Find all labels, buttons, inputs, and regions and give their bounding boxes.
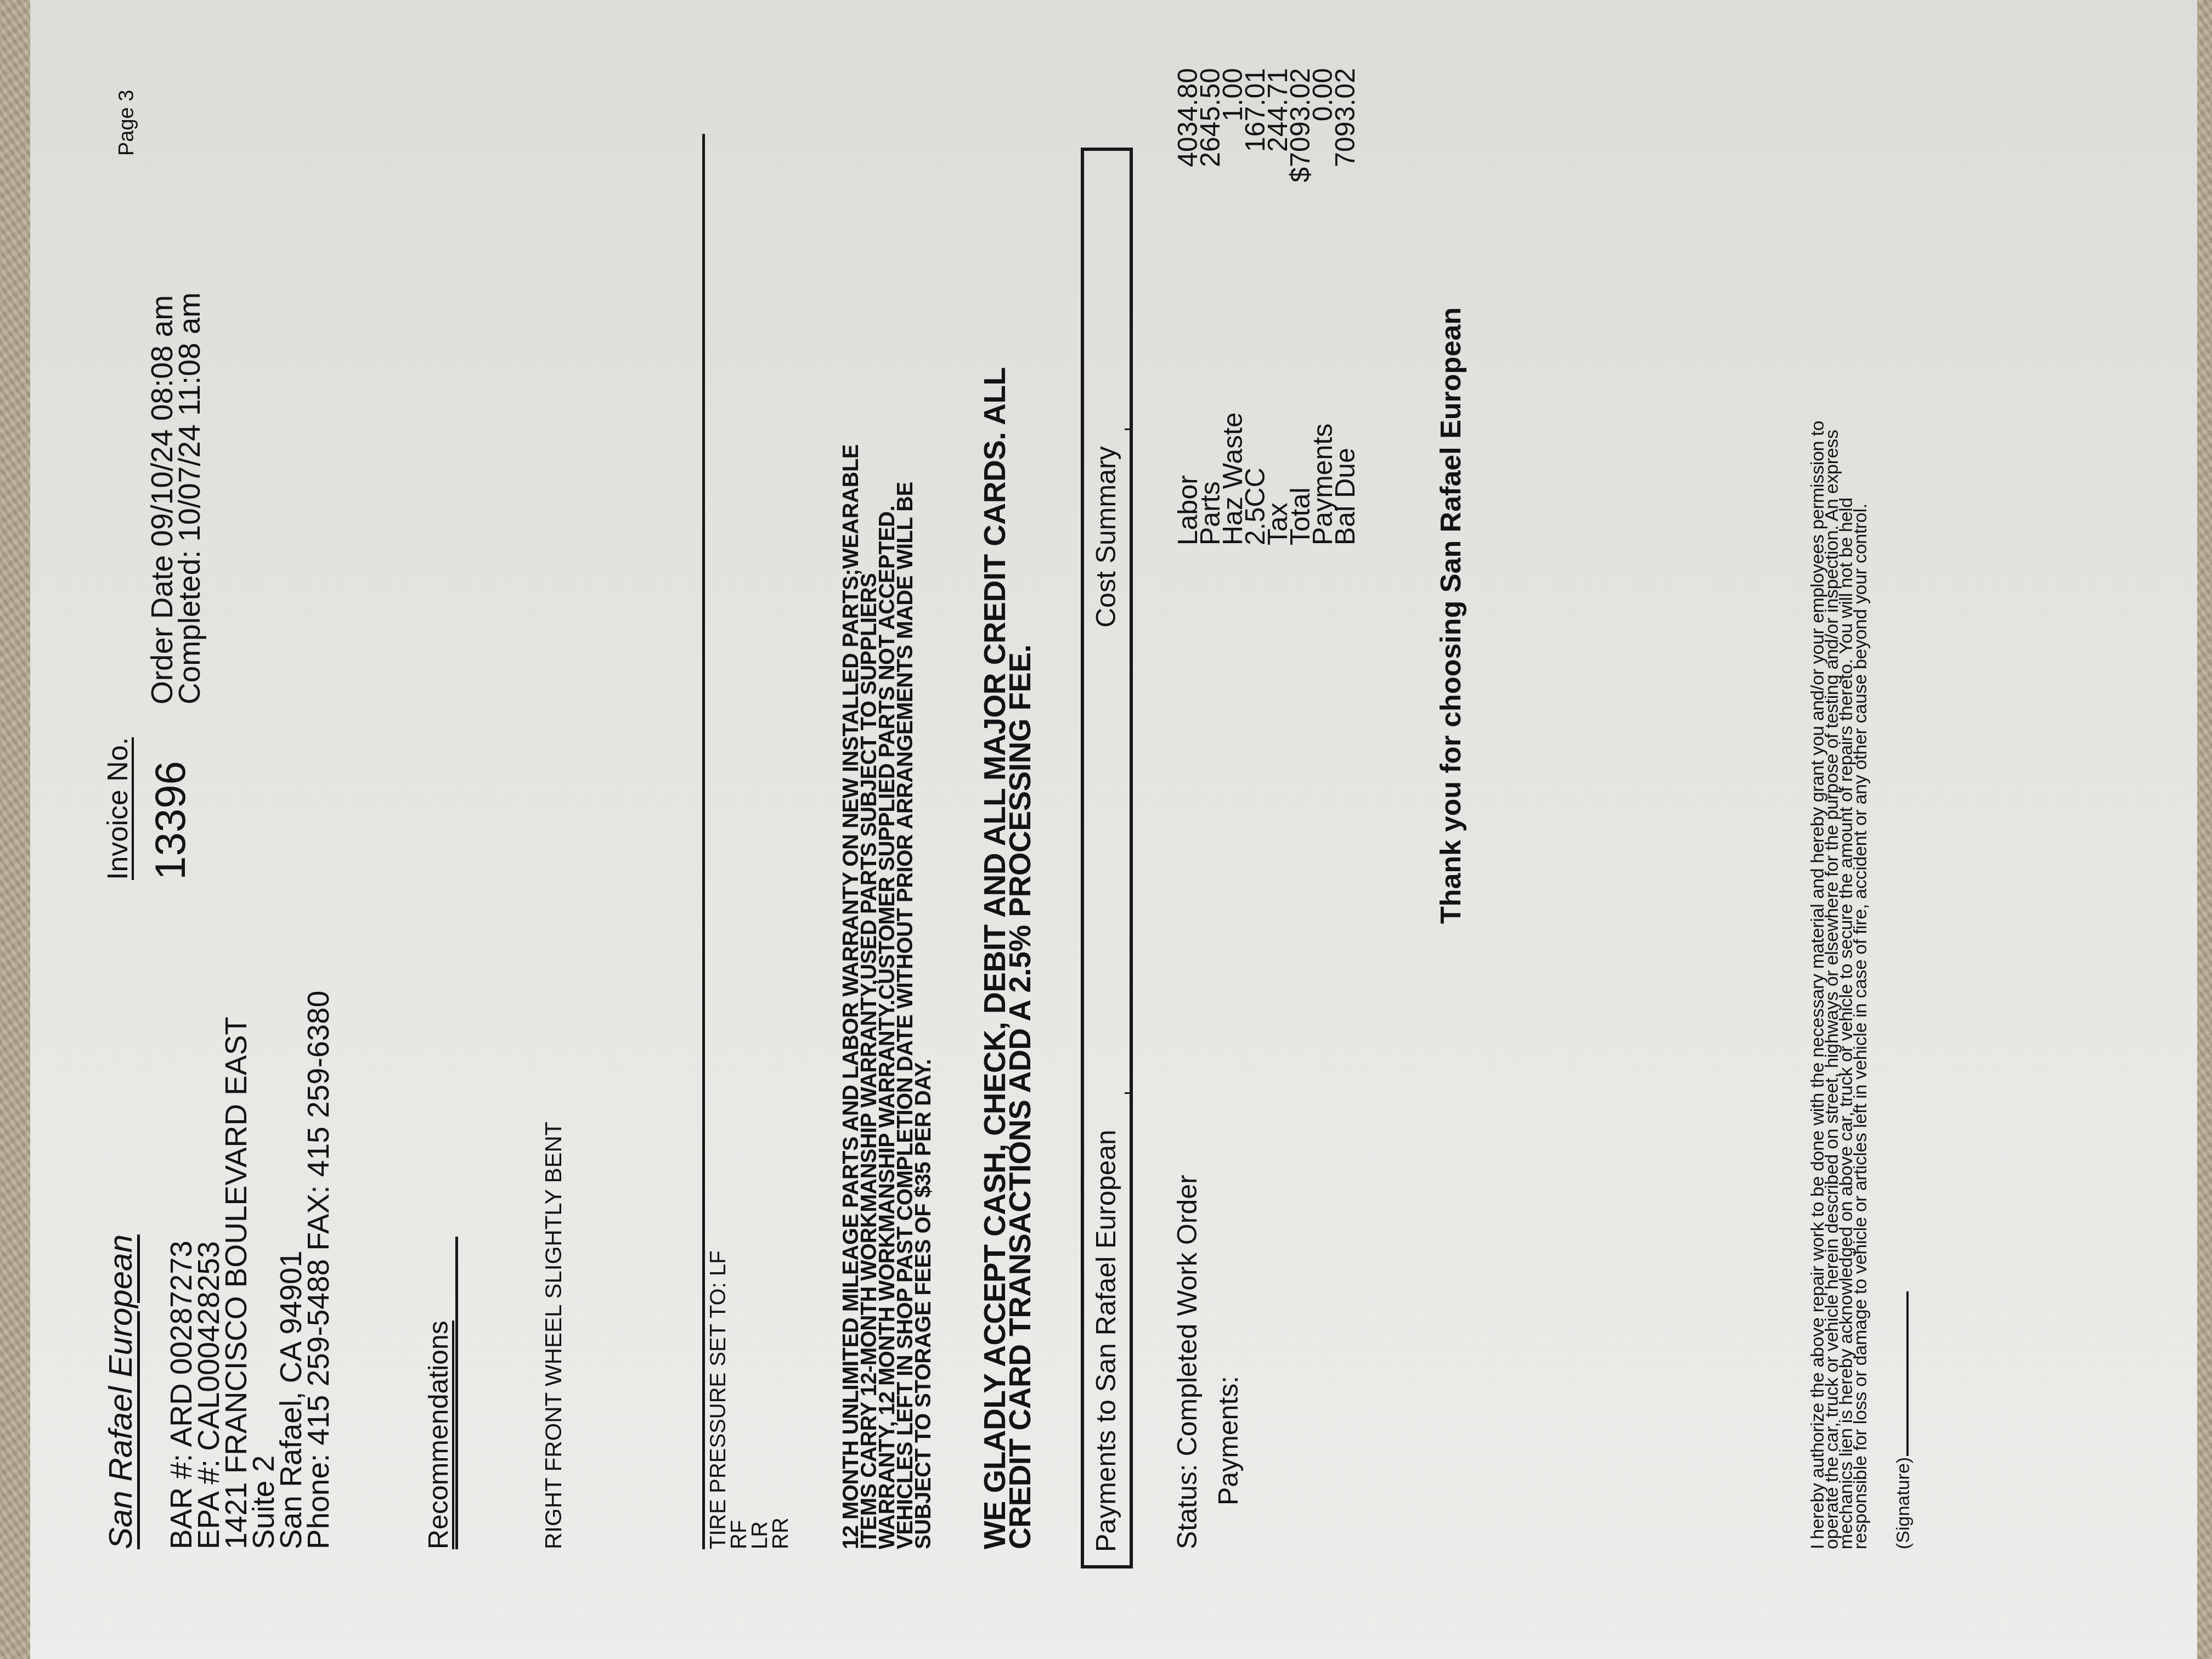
payments-section-title: Payments to San Rafael European — [1090, 1130, 1122, 1552]
payment-policy: WE GLADLY ACCEPT CASH, CHECK, DEBIT AND … — [982, 368, 1032, 1549]
recommendation-item: RIGHT FRONT WHEEL SLIGHTLY BENT — [540, 1122, 567, 1549]
epa-number: EPA #: CAL000428253 — [195, 991, 222, 1549]
completed-date: Completed: 10/07/24 11:08 am — [176, 292, 203, 704]
tire-pressure: TIRE PRESSURE SET TO: LF RF LR RR — [708, 1250, 791, 1549]
recommendations-heading: Recommendations — [422, 1321, 454, 1549]
invoice-number-label: Invoice No. — [101, 737, 134, 880]
shop-info: BAR #: ARD 00287273 EPA #: CAL000428253 … — [167, 991, 332, 1549]
authorization-text: I hereby authorize the above repair work… — [1810, 421, 1867, 1549]
bar-number: BAR #: ARD 00287273 — [167, 991, 195, 1549]
bar-tick — [1125, 1092, 1133, 1094]
order-dates: Order Date 09/10/24 08:08 am Completed: … — [148, 292, 203, 704]
authorization-line: responsible for loss or damage to vehicl… — [1853, 421, 1867, 1549]
cost-summary-labels: Labor Parts Haz Waste 2.5CC Tax Total Pa… — [1177, 412, 1357, 545]
signature-label: (Signature) — [1893, 1457, 1914, 1549]
order-date: Order Date 09/10/24 08:08 am — [148, 292, 176, 704]
tire-pressure-rr: RR — [770, 1250, 791, 1549]
page-number: Page 3 — [115, 90, 139, 156]
thank-you-message: Thank you for choosing San Rafael Europe… — [1435, 307, 1468, 924]
work-order-status: Status: Completed Work Order — [1171, 1175, 1203, 1549]
warranty-notice: 12 MONTH UNLIMITED MILEAGE PARTS AND LAB… — [842, 444, 933, 1549]
tire-pressure-lf: TIRE PRESSURE SET TO: LF — [708, 1250, 729, 1549]
tire-pressure-rf: RF — [729, 1250, 749, 1549]
city-state-zip: San Rafael, CA 94901 — [277, 991, 304, 1549]
recommendations-divider — [455, 1237, 458, 1549]
section-divider — [702, 134, 705, 1549]
tire-pressure-lr: LR — [749, 1250, 770, 1549]
shop-name: San Rafael European — [101, 1234, 139, 1549]
cost-summary-title: Cost Summary — [1090, 446, 1122, 628]
cost-summary-values: 4034.80 2645.50 1.00 167.01 244.71 $7093… — [1177, 68, 1357, 276]
phone-fax: Phone: 415 259-5488 FAX: 415 259-6380 — [304, 991, 332, 1549]
bar-tick — [1125, 428, 1133, 430]
suite: Suite 2 — [250, 991, 277, 1549]
invoice-number: 13396 — [145, 761, 195, 880]
cost-value-balance-due: 7093.02 — [1334, 68, 1357, 276]
invoice-sheet: San Rafael European BAR #: ARD 00287273 … — [30, 0, 2197, 1659]
payments-label: Payments: — [1212, 1376, 1244, 1505]
signature-line — [1906, 1291, 1909, 1456]
street-address: 1421 FRANCISCO BOULEVARD EAST — [222, 991, 250, 1549]
